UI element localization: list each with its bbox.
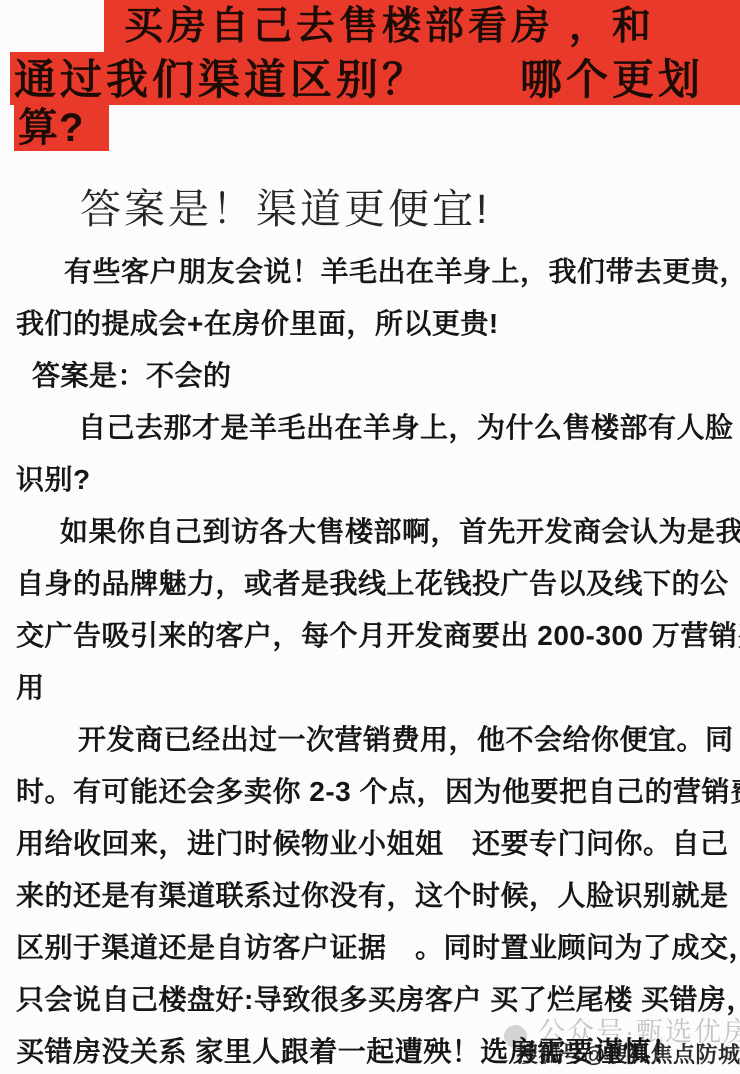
watermark-sohu-badge: 搜狐号@搜狐焦点防城港站: [516, 1042, 740, 1068]
paragraph-line: 交广告吸引来的客户，每个月开发商要出 200-300 万营销费: [16, 610, 730, 662]
paragraph-line: 开发商已经出过一次营销费用，他不会给你便宜。同: [16, 714, 730, 766]
paragraph-line: 答案是：不会的: [16, 350, 730, 402]
paragraph-line: 用给收回来，进门时候物业小姐姐 还要专门问你。自己: [16, 818, 730, 870]
headline-banner-line-1: 买房自己去售楼部看房 ，和: [104, 0, 740, 52]
paragraph-line: 自身的品牌魅力，或者是我线上花钱投广告以及线下的公: [16, 558, 730, 610]
headline-banner-line-2: 通过我们渠道区别？ 哪个更划: [10, 52, 740, 105]
paragraph-line: 用: [16, 662, 730, 714]
paragraph-line: 有些客户朋友会说！羊毛出在羊身上，我们带去更贵，: [16, 246, 730, 298]
paragraph-line: 只会说自己楼盘好:导致很多买房客户 买了烂尾楼 买错房，: [16, 974, 730, 1026]
article-body: 答案是！渠道更便宜! 有些客户朋友会说！羊毛出在羊身上，我们带去更贵， 我们的提…: [16, 172, 730, 1074]
paragraph-line: 如果你自己到访各大售楼部啊，首先开发商会认为是我: [16, 506, 730, 558]
answer-heading: 答案是！渠道更便宜!: [16, 172, 730, 246]
paragraph-line: 识别?: [16, 454, 730, 506]
paragraph-line: 区别于渠道还是自访客户证据 。同时置业顾问为了成交，: [16, 922, 730, 974]
paragraph-line: 自己去那才是羊毛出在羊身上，为什么售楼部有人脸: [16, 402, 730, 454]
article-image: 买房自己去售楼部看房 ，和 通过我们渠道区别？ 哪个更划 算? 答案是！渠道更便…: [0, 0, 740, 1074]
paragraph-line: 我们的提成会+在房价里面，所以更贵!: [16, 298, 730, 350]
paragraph-line: 时。有可能还会多卖你 2-3 个点，因为他要把自己的营销费: [16, 766, 730, 818]
headline-banner-line-3: 算?: [14, 105, 109, 151]
paragraph-line: 来的还是有渠道联系过你没有，这个时候，人脸识别就是: [16, 870, 730, 922]
